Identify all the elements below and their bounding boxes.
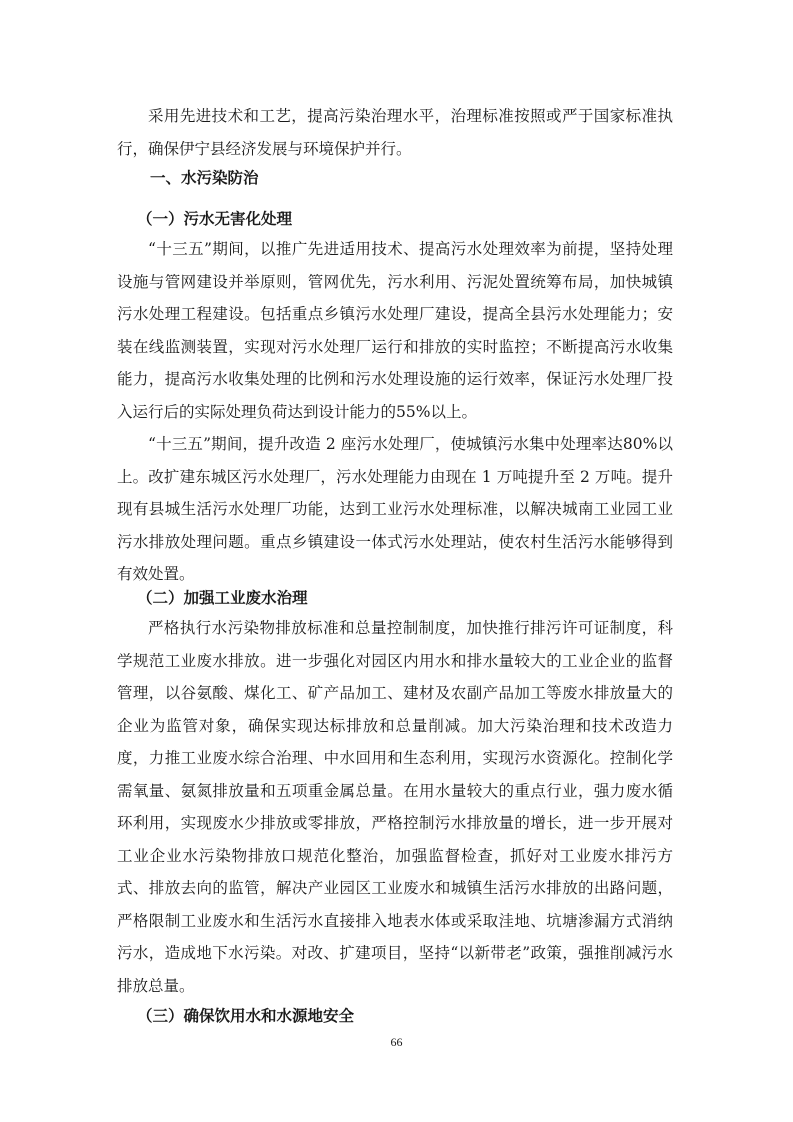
section-heading-water-pollution: 一、水污染防治 xyxy=(150,164,259,192)
subsection-heading-1: （一）污水无害化处理 xyxy=(137,205,292,233)
paragraph-sewage-treatment-2: “十三五”期间，提升改造 2 座污水处理厂，使城镇污水集中处理率达80%以上。改… xyxy=(117,428,673,591)
paragraph-sewage-treatment-1: “十三五”期间，以推广先进适用技术、提高污水处理效率为前提，坚持处理设施与管网建… xyxy=(117,233,673,428)
page-number: 66 xyxy=(0,1035,793,1050)
subsection-heading-2: （二）加强工业废水治理 xyxy=(137,584,308,612)
subsection-heading-3: （三）确保饮用水和水源地安全 xyxy=(137,1002,354,1030)
paragraph-industrial-wastewater: 严格执行水污染物排放标准和总量控制制度，加快推行排污许可证制度，科学规范工业废水… xyxy=(117,612,673,1002)
intro-paragraph: 采用先进技术和工艺，提高污染治理水平，治理标准按照或严于国家标准执行，确保伊宁县… xyxy=(117,100,673,165)
